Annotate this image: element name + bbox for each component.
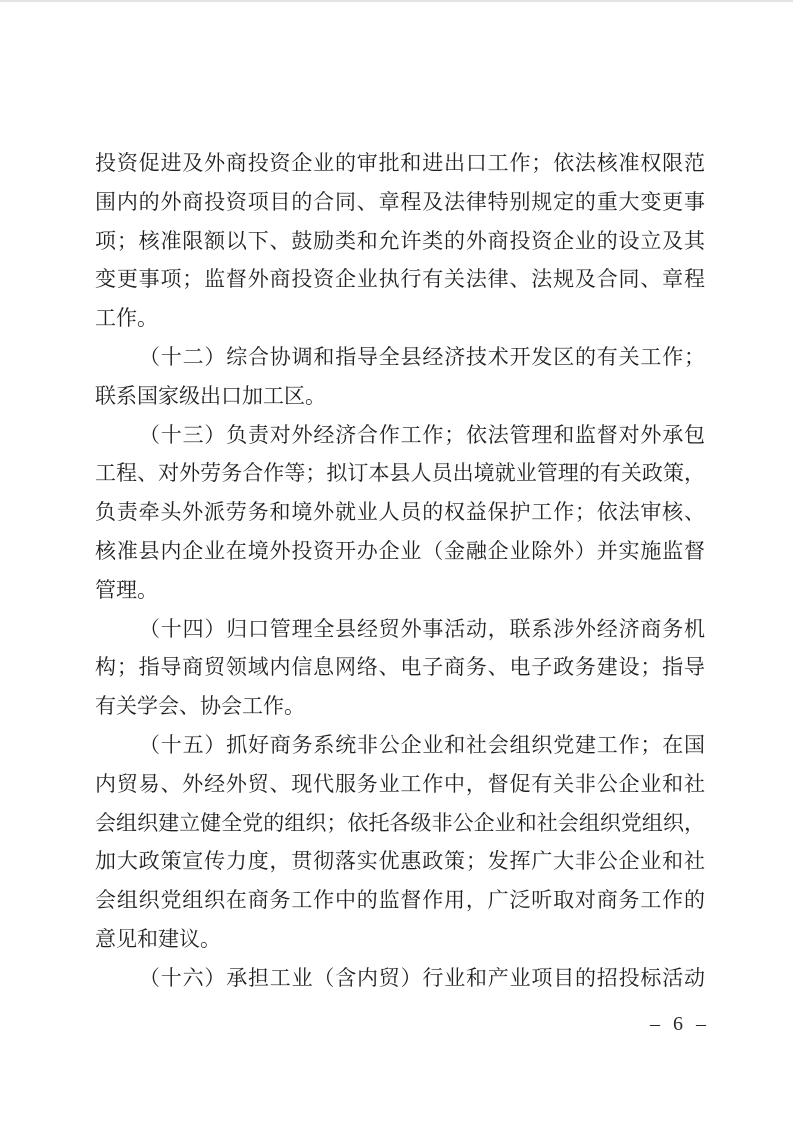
text-line: （十二）综合协调和指导全县经济技术开发区的有关工作； — [95, 338, 705, 377]
text-line: 负责牵头外派劳务和境外就业人员的权益保护工作；依法审核、 — [95, 493, 705, 532]
text-line: 意见和建议。 — [95, 920, 705, 959]
scan-edge-line — [0, 0, 793, 2]
text-line: 工程、对外劳务合作等；拟订本县人员出境就业管理的有关政策， — [95, 454, 705, 493]
text-line: 联系国家级出口加工区。 — [95, 377, 705, 416]
text-line: （十三）负责对外经济合作工作；依法管理和监督对外承包 — [95, 416, 705, 455]
text-line: 项；核准限额以下、鼓励类和允许类的外商投资企业的设立及其 — [95, 222, 705, 261]
text-line: 构；指导商贸领域内信息网络、电子商务、电子政务建设；指导 — [95, 648, 705, 687]
text-line: 有关学会、协会工作。 — [95, 687, 705, 726]
text-line: （十五）抓好商务系统非公企业和社会组织党建工作；在国 — [95, 726, 705, 765]
text-line: 内贸易、外经外贸、现代服务业工作中，督促有关非公企业和社 — [95, 765, 705, 804]
text-line: 会组织党组织在商务工作中的监督作用，广泛听取对商务工作的 — [95, 881, 705, 920]
text-line: 核准县内企业在境外投资开办企业（金融企业除外）并实施监督 — [95, 532, 705, 571]
text-line: 工作。 — [95, 299, 705, 338]
document-body-text: 投资促进及外商投资企业的审批和进出口工作；依法核准权限范围内的外商投资项目的合同… — [95, 144, 705, 998]
text-line: 投资促进及外商投资企业的审批和进出口工作；依法核准权限范 — [95, 144, 705, 183]
text-line: 加大政策宣传力度，贯彻落实优惠政策；发挥广大非公企业和社 — [95, 842, 705, 881]
text-line: （十六）承担工业（含内贸）行业和产业项目的招投标活动 — [95, 959, 705, 998]
page-number: – 6 – — [650, 1012, 710, 1036]
document-page: 投资促进及外商投资企业的审批和进出口工作；依法核准权限范围内的外商投资项目的合同… — [0, 0, 793, 1122]
text-line: 管理。 — [95, 571, 705, 610]
text-line: 围内的外商投资项目的合同、章程及法律特别规定的重大变更事 — [95, 183, 705, 222]
text-line: 变更事项；监督外商投资企业执行有关法律、法规及合同、章程 — [95, 260, 705, 299]
text-line: （十四）归口管理全县经贸外事活动，联系涉外经济商务机 — [95, 610, 705, 649]
text-line: 会组织建立健全党的组织；依托各级非公企业和社会组织党组织， — [95, 804, 705, 843]
